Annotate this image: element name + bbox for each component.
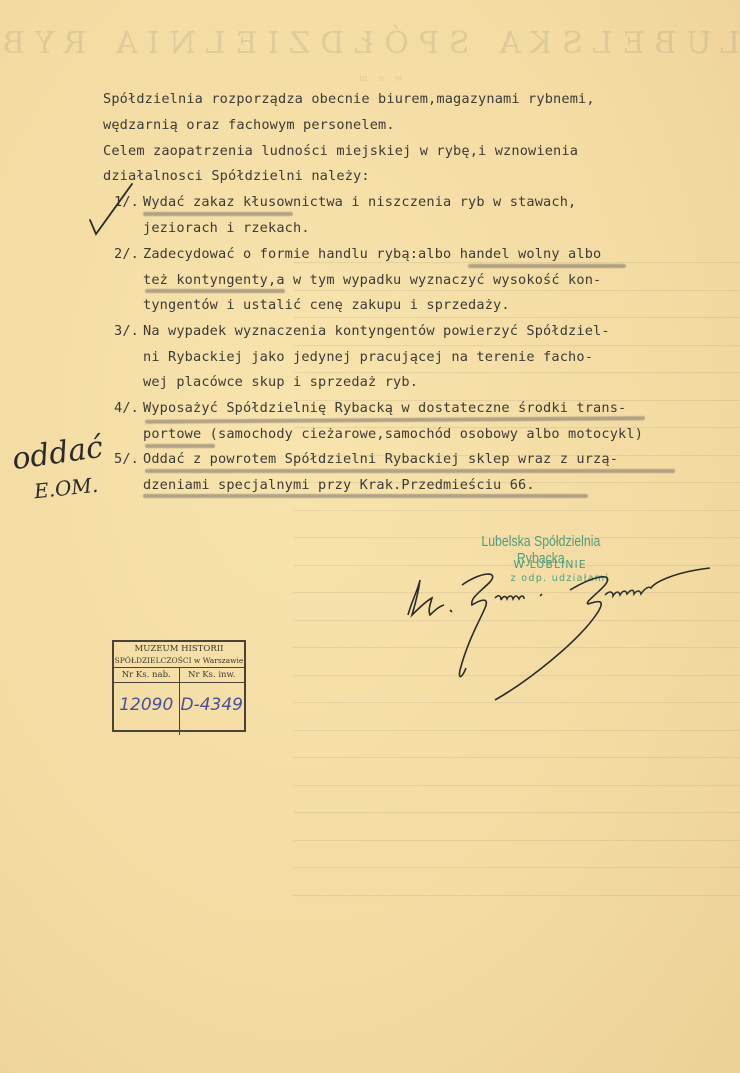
paragraph2-line1: Celem zaopatrzenia ludności miejskiej w … — [103, 143, 578, 159]
letterhead-bleedthrough: LUBELSKA SPÓŁDZIELNIA RYBACKA — [0, 26, 740, 61]
item-line: Wydać zakaz kłusownictwa i niszczenia ry… — [143, 194, 576, 210]
pencil-underline — [143, 212, 293, 216]
paragraph2-line2: działalnosci Spółdzielni należy: — [103, 168, 370, 184]
item-line: jeziorach i rzekach. — [143, 220, 310, 236]
paragraph1-line2: wędzarnią oraz fachowym personelem. — [103, 117, 395, 133]
letterhead-sub-bleedthrough: w o m — [355, 74, 402, 84]
paragraph1-line1: Spółdzielnia rozporządza obecnie biurem,… — [103, 91, 595, 107]
checkmark-icon — [82, 182, 142, 242]
reverse-side-bleedthrough: ────────────────────────────────────────… — [10, 250, 740, 910]
